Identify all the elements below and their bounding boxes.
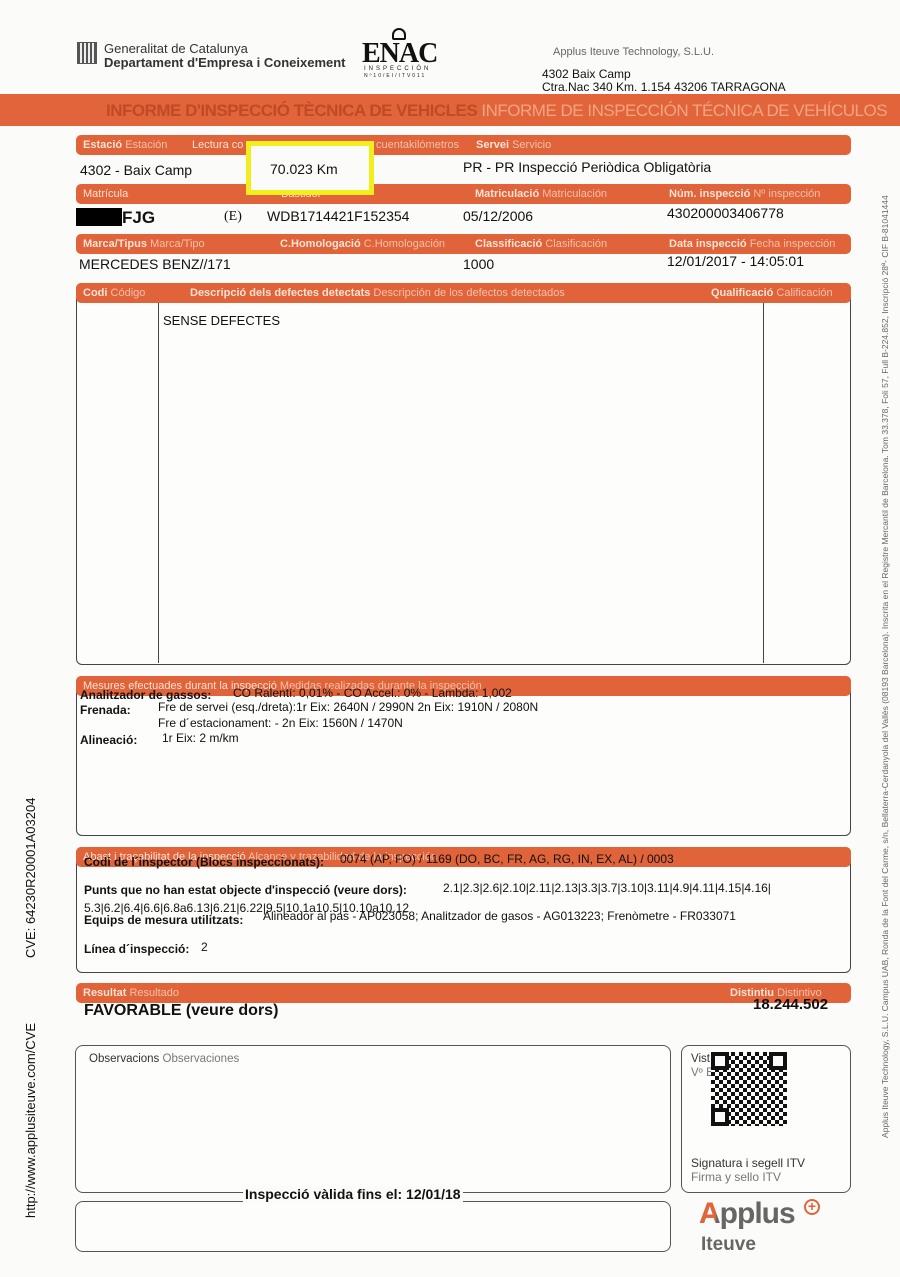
num-label-es: Nº inspección [753,188,820,200]
sign-label: Signatura i segell ITV [691,1156,805,1170]
company-name: Applus Iteuve Technology, S.L.U. [553,46,714,58]
inspector-label: Codi de l´inspector (Blocs inspeccionats… [84,855,324,869]
gas-value: CO Ralentí: 0,01% - CO Accel.: 0% - Lamb… [233,686,512,700]
generalitat-logo [77,42,97,64]
defect-description: SENSE DEFECTES [163,313,280,328]
km-value: 70.023 Km [270,161,338,177]
num-label: Núm. inspecció [669,188,750,200]
estacio-value: 4302 - Baix Camp [80,162,192,178]
gov-line2: Departament d'Empresa i Coneixement [104,55,346,70]
class-label: Classificació [475,238,542,250]
class-value: 1000 [463,256,494,272]
row1-header: Estació Estación Lectura co cuentakilóme… [76,135,851,155]
applus-a-accent: A [699,1197,716,1231]
points-label: Punts que no han estat objecte d'inspecc… [84,883,407,897]
homol-label: C.Homologació [280,238,361,250]
servei-value: PR - PR Inspecció Periòdica Obligatòria [463,159,711,175]
observations-label-es: Observaciones [163,1053,240,1065]
matricula-value: FJG [122,208,155,228]
codi-label-es: Código [111,287,146,299]
result-value: FAVORABLE (veure dors) [84,1002,278,1020]
address-line: Ctra.Nac 340 Km. 1.154 43206 TARRAGONA [542,80,786,94]
country-code: (E) [224,209,242,225]
data-label-es: Fecha inspección [750,238,836,250]
points-value-1: 2.1|2.3|2.6|2.10|2.11|2.13|3.3|3.7|3.10|… [443,881,771,895]
align-value: 1r Eix: 2 m/km [162,731,239,745]
lower-box [75,1201,671,1252]
defects-table [76,283,851,665]
estacio-label-es: Estación [125,139,167,151]
row3-header: Marca/Tipus Marca/Tipo C.Homologació C.H… [76,234,851,254]
lectura-label: Lectura co [192,139,243,151]
line-label: Línea d´inspecció: [84,942,189,956]
result-header: Resultat Resultado Distintiu Distintivo [76,983,851,1003]
cve-code: CVE: 64230R20001A03204 [23,798,38,958]
data-inspeccio-value: 12/01/2017 - 14:05:01 [667,253,804,269]
bastidor-value: WDB1714421F152354 [267,208,409,224]
class-label-es: Clasificación [545,238,607,250]
equip-value: Alineador al pas - AP023058; Analitzador… [263,909,736,923]
gov-line1: Generalitat de Catalunya [104,41,248,56]
inspector-value: 0074 (AP, FO) / 1169 (DO, BC, FR, AG, RG… [340,852,674,866]
lectura-label-es: cuentakilómetros [376,139,459,151]
equip-label: Equips de mesura utilitzats: [84,913,243,927]
plus-icon: + [804,1199,820,1215]
brake-label: Frenada: [80,703,131,717]
result-label: Resultat [83,987,126,999]
title-es: INFORME DE INSPECCIÓN TÉCNICA DE VEHÍCUL… [481,101,887,120]
marca-value: MERCEDES BENZ//171 [79,256,231,272]
valid-until: Inspecció vàlida fins el: 12/01/18 [243,1186,463,1202]
title-ca: INFORME D'INSPECCIÓ TÈCNICA DE VEHICLES [106,101,477,120]
marca-label-es: Marca/Tipo [150,238,205,250]
matriculacio-value: 05/12/2006 [463,208,533,224]
distintiu-value: 18.244.502 [753,996,828,1013]
desc-label-es: Descripción de los defectos detectados [373,287,564,299]
qual-label-es: Calificación [776,287,832,299]
data-label: Data inspecció [669,238,747,250]
marca-label: Marca/Tipus [83,238,147,250]
redacted-plate [76,208,122,226]
codi-label: Codi [83,287,107,299]
observations-label: Observacions Observaciones [89,1053,239,1065]
align-label: Alineació: [80,733,137,747]
servei-label: Servei [476,139,509,151]
num-inspeccio-value: 430200003406778 [667,205,784,221]
brake-value-1: Fre de servei (esq./dreta):1r Eix: 2640N… [158,700,538,714]
enac-num: Nº10/EI/ITV011 [364,73,426,79]
station-line: 4302 Baix Camp [542,67,631,81]
title: INFORME D'INSPECCIÓ TÈCNICA DE VEHICLES … [106,101,887,121]
cve-url[interactable]: http://www.applusiteuve.com/CVE [23,1023,38,1218]
matricula-label: Matrícula [83,188,128,200]
matriculacio-label-es: Matriculación [542,188,607,200]
sign-label-es: Firma y sello ITV [691,1170,781,1184]
defects-header: Codi Código Descripció dels defectes det… [76,283,851,303]
line-value: 2 [201,940,208,954]
brake-value-2: Fre d´estacionament: - 2n Eix: 1560N / 1… [158,716,403,730]
estacio-label: Estació [83,139,122,151]
qr-code-icon [711,1052,787,1126]
legal-text: Applus Iteuve Technology, S.L.U. Campus … [880,195,890,1138]
result-label-es: Resultado [129,987,179,999]
desc-label: Descripció dels defectes detectats [190,287,370,299]
homol-label-es: C.Homologación [364,238,445,250]
observations-box [75,1045,671,1193]
defects-col-divider [763,303,764,663]
enac-sub: INSPECCIÓN [364,66,431,72]
defects-col-divider [158,303,159,663]
iteuve-logo: Iteuve [701,1234,756,1256]
servei-label-es: Servicio [512,139,551,151]
matriculacio-label: Matriculació [475,188,539,200]
row2-header: Matrícula Bastidor Matriculació Matricul… [76,184,851,204]
observations-label-ca: Observacions [89,1053,159,1065]
qual-label: Qualificació [711,287,773,299]
